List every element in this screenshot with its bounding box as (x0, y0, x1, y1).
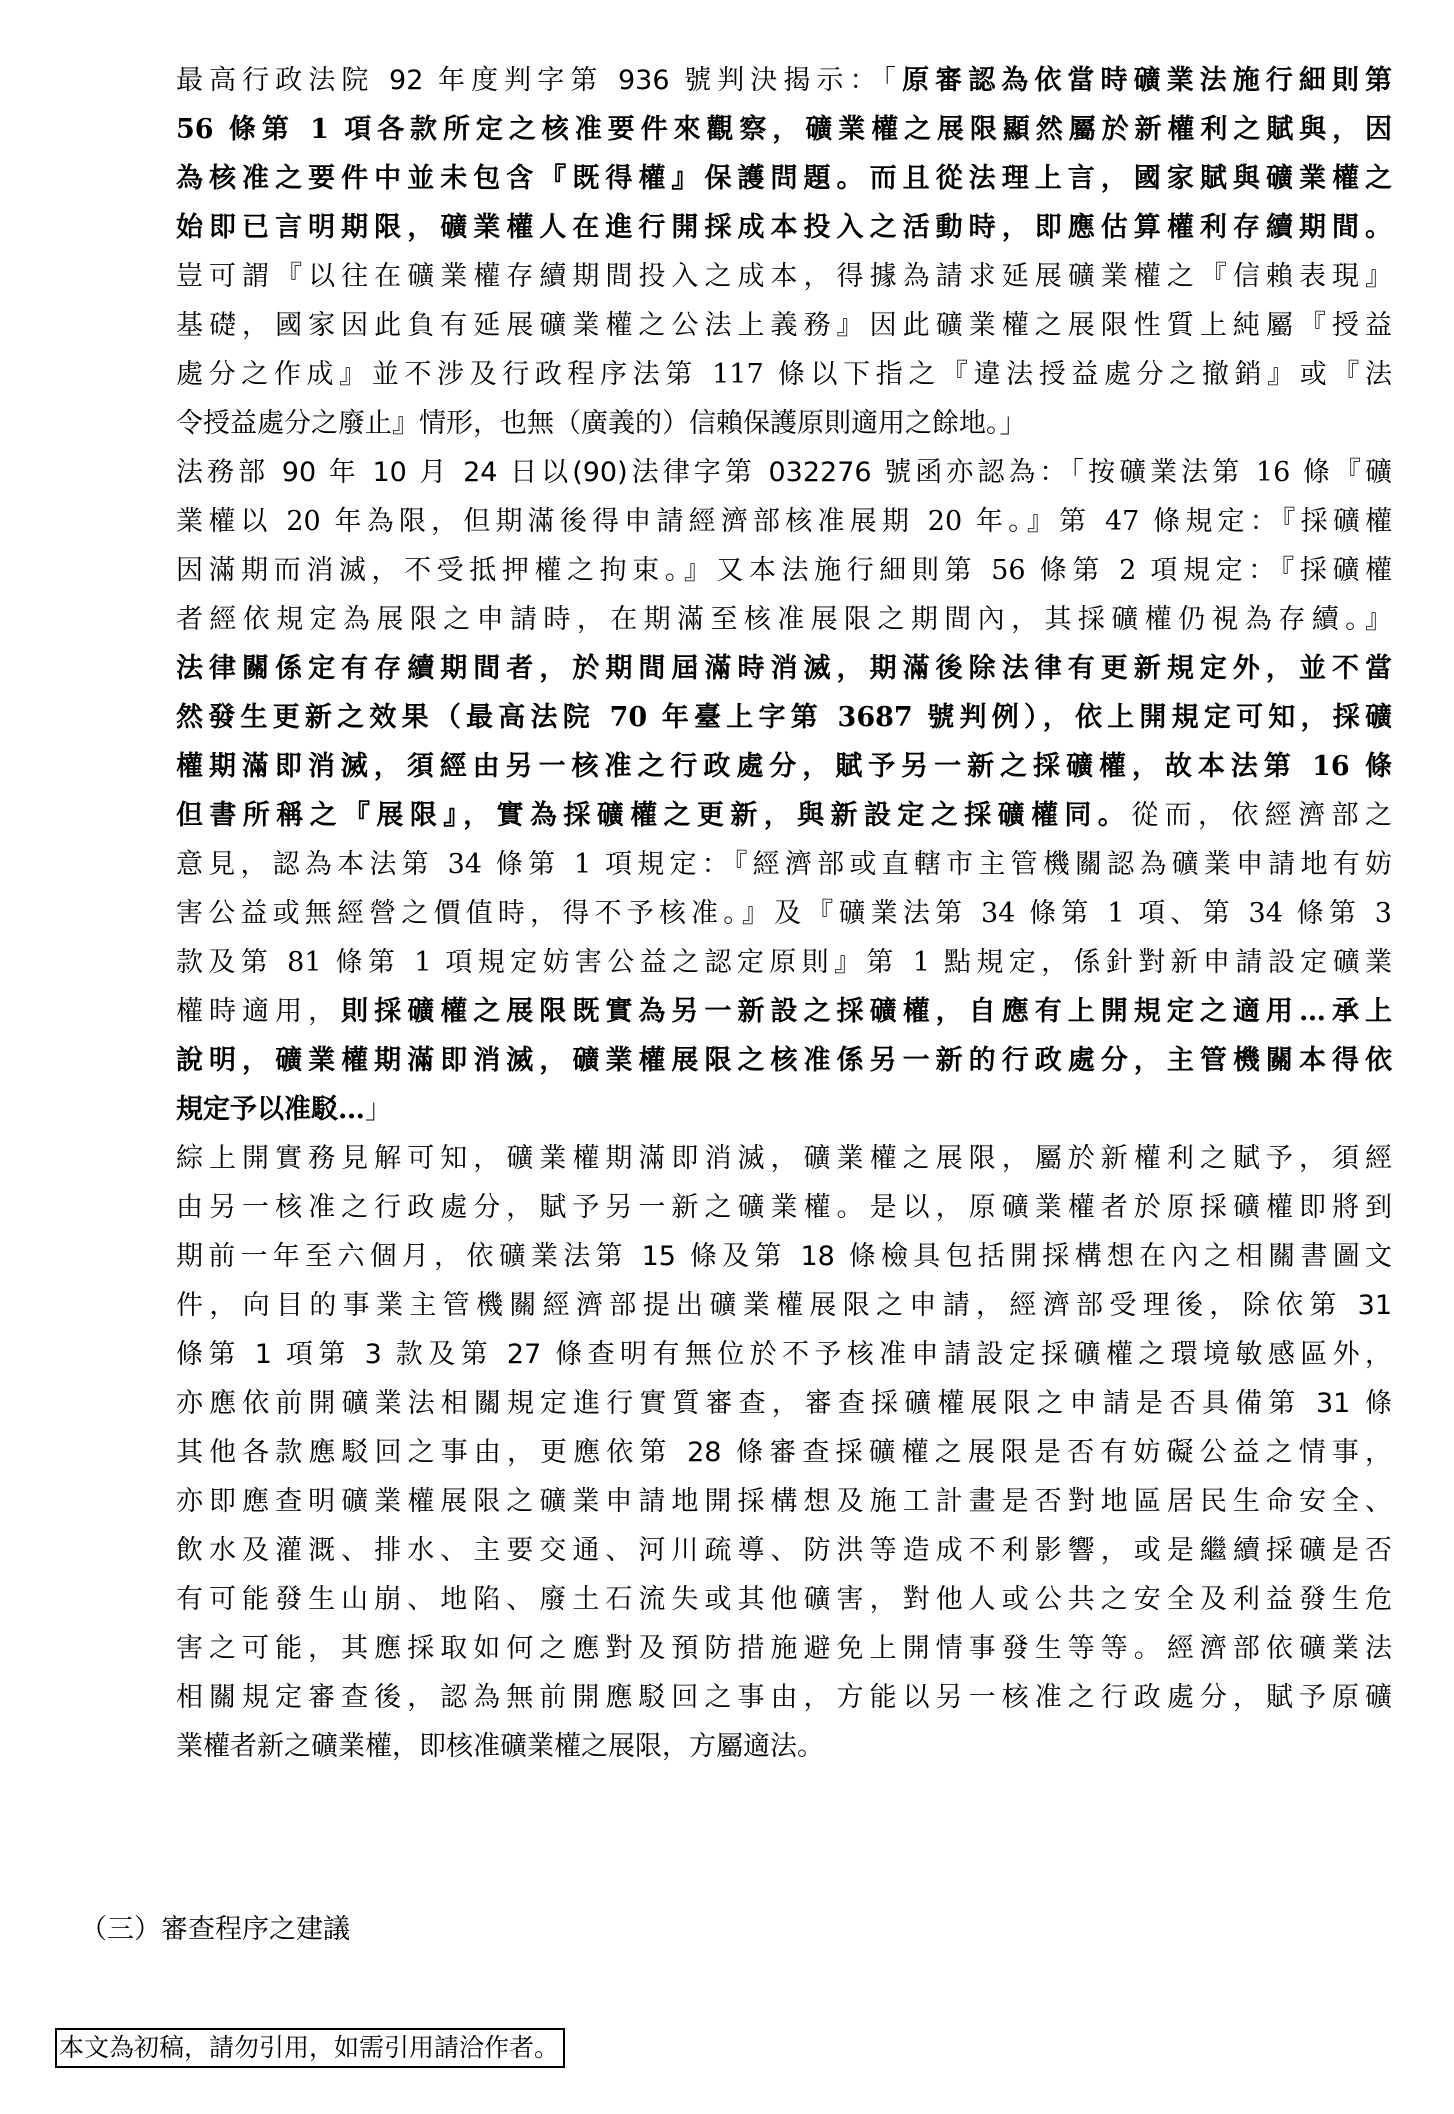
body-text-segment: 期前一年至六個月，依礦業法第 15 條及第 18 條檢具包括開採構想在內之相關書… (176, 1241, 1392, 1272)
emphasized-text: 始即已言明期限，礦業權人在進行開採成本投入之活動時，即應估算權利存續期間。 (176, 212, 1392, 243)
body-text-segment: 基礎，國家因此負有延展礦業權之公法上義務』因此礦業權之展限性質上純屬『授益 (176, 310, 1392, 341)
text-line: 令授益處分之廢止』情形，也無（廣義的）信賴保護原則適用之餘地。」 (176, 399, 1392, 448)
text-line: 基礎，國家因此負有延展礦業權之公法上義務』因此礦業權之展限性質上純屬『授益 (176, 301, 1392, 350)
text-line: 法務部 90 年 10 月 24 日以(90)法律字第 032276 號函亦認為… (176, 448, 1392, 497)
text-line: 業權者新之礦業權，即核准礦業權之展限，方屬適法。 (176, 1722, 1392, 1771)
body-text-segment: 件，向目的事業主管機關經濟部提出礦業權展限之申請，經濟部受理後，除依第 31 (176, 1290, 1392, 1321)
text-line: 但書所稱之『展限』，實為採礦權之更新，與新設定之採礦權同。從而，依經濟部之 (176, 791, 1392, 840)
document-page: 最高行政法院 92 年度判字第 936 號判決揭示：「原審認為依當時礦業法施行細… (0, 0, 1454, 2114)
text-line: 其他各款應駁回之事由，更應依第 28 條審查採礦權之展限是否有妨礙公益之情事， (176, 1428, 1392, 1477)
text-line: 然發生更新之效果（最高法院 70 年臺上字第 3687 號判例），依上開規定可知… (176, 693, 1392, 742)
text-line: 規定予以准駁…」 (176, 1085, 1392, 1134)
body-text-segment: 亦即應查明礦業權展限之礦業申請地開採構想及施工計畫是否對地區居民生命安全、 (176, 1486, 1392, 1517)
text-line: 由另一核准之行政處分，賦予另一新之礦業權。是以，原礦業權者於原採礦權即將到 (176, 1183, 1392, 1232)
emphasized-text: 法律關係定有存續期間者，於期間屆滿時消滅，期滿後除法律有更新規定外，並不當 (176, 653, 1392, 684)
text-line: 亦應依前開礦業法相關規定進行實質審查，審查採礦權展限之申請是否具備第 31 條 (176, 1379, 1392, 1428)
text-line: 為核准之要件中並未包含『既得權』保護問題。而且從法理上言，國家賦與礦業權之 (176, 154, 1392, 203)
body-text-segment: 綜上開實務見解可知，礦業權期滿即消滅，礦業權之展限，屬於新權利之賦予，須經 (176, 1143, 1392, 1174)
emphasized-text: 則採礦權之展限既實為另一新設之採礦權，自應有上開規定之適用…承上 (341, 996, 1392, 1027)
section-heading: （三）審查程序之建議 (80, 1910, 350, 1950)
body-text-segment: 亦應依前開礦業法相關規定進行實質審查，審查採礦權展限之申請是否具備第 31 條 (176, 1388, 1392, 1419)
body-text-segment: 因滿期而消滅，不受抵押權之拘束。』又本法施行細則第 56 條第 2 項規定：『採… (176, 555, 1392, 586)
draft-disclaimer-box: 本文為初稿，請勿引用，如需引用請洽作者。 (55, 2028, 565, 2068)
text-line: 者經依規定為展限之申請時，在期滿至核准展限之期間內，其採礦權仍視為存續。』 (176, 595, 1392, 644)
body-text-segment: 按礦業法第 16 條『礦 (1088, 457, 1392, 488)
text-line: 因滿期而消滅，不受抵押權之拘束。』又本法施行細則第 56 條第 2 項規定：『採… (176, 546, 1392, 595)
body-text-segment: 最高行政法院 92 年度判字第 936 號判決揭示：「 (176, 65, 902, 96)
text-line: 亦即應查明礦業權展限之礦業申請地開採構想及施工計畫是否對地區居民生命安全、 (176, 1477, 1392, 1526)
text-line: 業權以 20 年為限，但期滿後得申請經濟部核准展期 20 年。』第 47 條規定… (176, 497, 1392, 546)
text-line: 綜上開實務見解可知，礦業權期滿即消滅，礦業權之展限，屬於新權利之賦予，須經 (176, 1134, 1392, 1183)
text-line: 意見，認為本法第 34 條第 1 項規定：『經濟部或直轄市主管機關認為礦業申請地… (176, 840, 1392, 889)
emphasized-text: 然發生更新之效果（最高法院 70 年臺上字第 3687 號判例），依上開規定可知… (176, 702, 1392, 733)
text-line: 始即已言明期限，礦業權人在進行開採成本投入之活動時，即應估算權利存續期間。 (176, 203, 1392, 252)
paragraph-p1: 最高行政法院 92 年度判字第 936 號判決揭示：「原審認為依當時礦業法施行細… (176, 56, 1392, 448)
text-line: 法律關係定有存續期間者，於期間屆滿時消滅，期滿後除法律有更新規定外，並不當 (176, 644, 1392, 693)
emphasized-text: 權期滿即消滅，須經由另一核准之行政處分，賦予另一新之採礦權，故本法第 16 條 (176, 751, 1392, 782)
emphasized-text: 說明，礦業權期滿即消滅，礦業權展限之核准係另一新的行政處分，主管機關本得依 (176, 1045, 1392, 1076)
text-line: 害之可能，其應採取如何之應對及預防措施避免上開情事發生等等。經濟部依礦業法 (176, 1624, 1392, 1673)
text-line: 條第 1 項第 3 款及第 27 條查明有無位於不予核准申請設定採礦權之環境敏感… (176, 1330, 1392, 1379)
body-text-segment: 業權以 20 年為限，但期滿後得申請經濟部核准展期 20 年。』第 47 條規定… (176, 506, 1392, 537)
body-text-segment: 權時適用， (176, 996, 341, 1027)
body-text: 最高行政法院 92 年度判字第 936 號判決揭示：「原審認為依當時礦業法施行細… (176, 56, 1392, 1771)
text-line: 期前一年至六個月，依礦業法第 15 條及第 18 條檢具包括開採構想在內之相關書… (176, 1232, 1392, 1281)
body-text-segment: 豈可謂『以往在礦業權存續期間投入之成本，得據為請求延展礦業權之『信賴表現』 (176, 261, 1392, 292)
text-line: 有可能發生山崩、地陷、廢土石流失或其他礦害，對他人或公共之安全及利益發生危 (176, 1575, 1392, 1624)
body-text-segment: 」 (365, 1094, 392, 1125)
emphasized-text: 原審認為依當時礦業法施行細則第 (902, 65, 1392, 96)
body-text-segment: 其他各款應駁回之事由，更應依第 28 條審查採礦權之展限是否有妨礙公益之情事， (176, 1437, 1392, 1468)
paragraph-p3: 綜上開實務見解可知，礦業權期滿即消滅，礦業權之展限，屬於新權利之賦予，須經由另一… (176, 1134, 1392, 1771)
text-line: 56 條第 1 項各款所定之核准要件來觀察，礦業權之展限顯然屬於新權利之賦與，因 (176, 105, 1392, 154)
body-text-segment: 者經依規定為展限之申請時，在期滿至核准展限之期間內，其採礦權仍視為存續。』 (176, 604, 1392, 635)
text-line: 權期滿即消滅，須經由另一核准之行政處分，賦予另一新之採礦權，故本法第 16 條 (176, 742, 1392, 791)
body-text-segment: 款及第 81 條第 1 項規定妨害公益之認定原則』第 1 點規定，係針對新申請設… (176, 947, 1392, 978)
text-line: 豈可謂『以往在礦業權存續期間投入之成本，得據為請求延展礦業權之『信賴表現』 (176, 252, 1392, 301)
text-line: 處分之作成』並不涉及行政程序法第 117 條以下指之『違法授益處分之撤銷』或『法 (176, 350, 1392, 399)
body-text-segment: 飲水及灌溉、排水、主要交通、河川疏導、防洪等造成不利影響，或是繼續採礦是否 (176, 1535, 1392, 1566)
text-line: 飲水及灌溉、排水、主要交通、河川疏導、防洪等造成不利影響，或是繼續採礦是否 (176, 1526, 1392, 1575)
text-line: 相關規定審查後，認為無前開應駁回之事由，方能以另一核准之行政處分，賦予原礦 (176, 1673, 1392, 1722)
body-text-segment: 法務部 90 年 10 月 24 日以(90)法律字第 032276 號函亦認為… (176, 457, 1088, 488)
text-line: 最高行政法院 92 年度判字第 936 號判決揭示：「原審認為依當時礦業法施行細… (176, 56, 1392, 105)
body-text-segment: 由另一核准之行政處分，賦予另一新之礦業權。是以，原礦業權者於原採礦權即將到 (176, 1192, 1392, 1223)
emphasized-text: 為核准之要件中並未包含『既得權』保護問題。而且從法理上言，國家賦與礦業權之 (176, 163, 1392, 194)
body-text-segment: 令授益處分之廢止』情形，也無（廣義的）信賴保護原則適用之餘地。」 (176, 408, 1027, 439)
paragraph-p2: 法務部 90 年 10 月 24 日以(90)法律字第 032276 號函亦認為… (176, 448, 1392, 1134)
text-line: 權時適用，則採礦權之展限既實為另一新設之採礦權，自應有上開規定之適用…承上 (176, 987, 1392, 1036)
body-text-segment: 有可能發生山崩、地陷、廢土石流失或其他礦害，對他人或公共之安全及利益發生危 (176, 1584, 1392, 1615)
emphasized-text: 規定予以准駁… (176, 1094, 365, 1125)
text-line: 款及第 81 條第 1 項規定妨害公益之認定原則』第 1 點規定，係針對新申請設… (176, 938, 1392, 987)
body-text-segment: 害公益或無經營之價值時，得不予核准。』及『礦業法第 34 條第 1 項、第 34… (176, 898, 1392, 929)
body-text-segment: 相關規定審查後，認為無前開應駁回之事由，方能以另一核准之行政處分，賦予原礦 (176, 1682, 1392, 1713)
body-text-segment: 處分之作成』並不涉及行政程序法第 117 條以下指之『違法授益處分之撤銷』或『法 (176, 359, 1392, 390)
body-text-segment: 業權者新之礦業權，即核准礦業權之展限，方屬適法。 (176, 1731, 824, 1762)
body-text-segment: 意見，認為本法第 34 條第 1 項規定：『經濟部或直轄市主管機關認為礦業申請地… (176, 849, 1392, 880)
text-line: 害公益或無經營之價值時，得不予核准。』及『礦業法第 34 條第 1 項、第 34… (176, 889, 1392, 938)
body-text-segment: 從而，依經濟部之 (1131, 800, 1392, 831)
emphasized-text: 但書所稱之『展限』，實為採礦權之更新，與新設定之採礦權同。 (176, 800, 1131, 831)
emphasized-text: 56 條第 1 項各款所定之核准要件來觀察，礦業權之展限顯然屬於新權利之賦與，因 (176, 114, 1392, 145)
text-line: 件，向目的事業主管機關經濟部提出礦業權展限之申請，經濟部受理後，除依第 31 (176, 1281, 1392, 1330)
body-text-segment: 條第 1 項第 3 款及第 27 條查明有無位於不予核准申請設定採礦權之環境敏感… (176, 1339, 1392, 1370)
text-line: 說明，礦業權期滿即消滅，礦業權展限之核准係另一新的行政處分，主管機關本得依 (176, 1036, 1392, 1085)
body-text-segment: 害之可能，其應採取如何之應對及預防措施避免上開情事發生等等。經濟部依礦業法 (176, 1633, 1392, 1664)
